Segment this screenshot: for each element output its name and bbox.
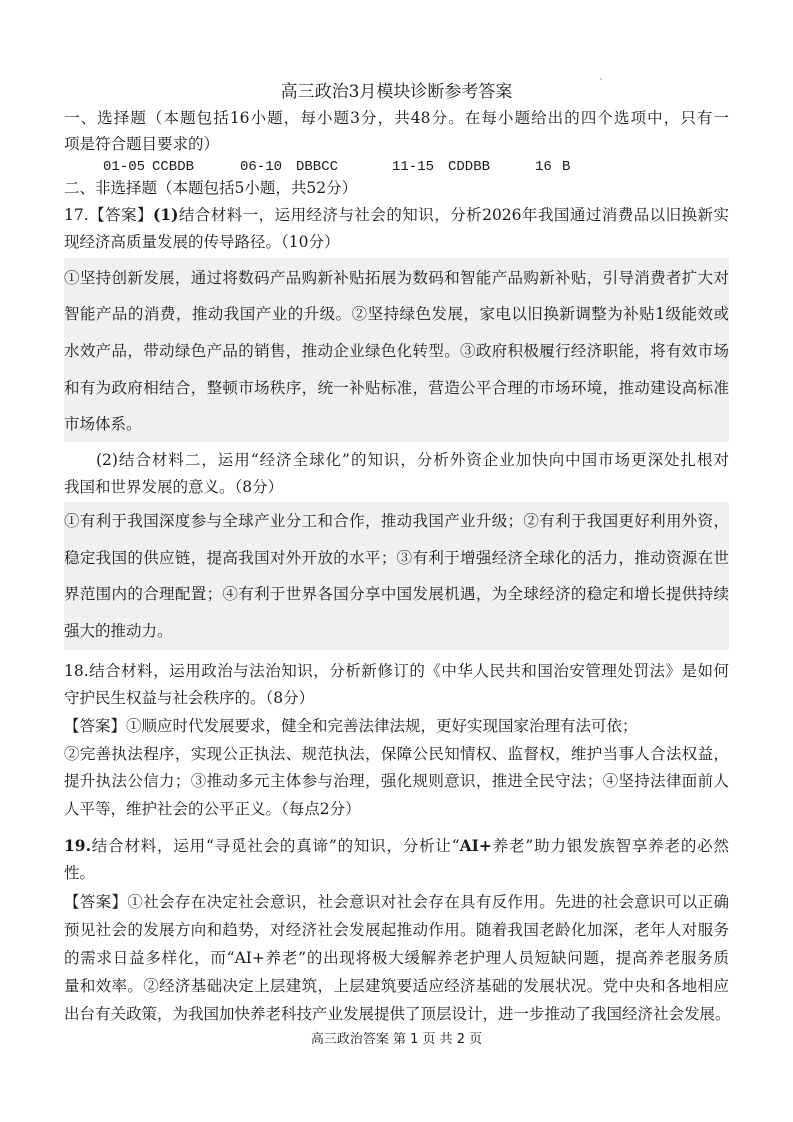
mc-answer-2: DBBCC (296, 159, 338, 175)
q17-part1-question-line1: 17.【答案】(1)结合材料一，运用经济与社会的知识，分析2026年我国通过消费… (64, 205, 729, 225)
mc-range-2: 06-10 (240, 159, 282, 175)
q17-part1-text: 结合材料一，运用经济与社会的知识，分析2026年我国通过消费品以旧换新实 (178, 206, 729, 224)
q17-answer1-line1: ①坚持创新发展，通过将数码产品购新补贴拓展为数码和智能产品购新补贴，引导消费者扩… (64, 268, 729, 288)
q18-answer-line1: 【答案】①顺应时代发展要求，健全和完善法律法规，更好实现国家治理有法可依； (64, 716, 729, 736)
q19-answer-line2: 预见社会的发展方向和趋势，对经济社会发展起推动作用。随着我国老龄化加深，老年人对… (64, 920, 729, 940)
q18-answer-line3: 提升执法公信力；③推动多元主体参与治理，强化规则意识，推进全民守法；④坚持法律面… (64, 771, 729, 791)
mc-answer-3: CDDBB (448, 159, 490, 175)
q19-answer-line4: 量和效率。②经济基础决定上层建筑，上层建筑要适应经济基础的发展状况。党中央和各地… (64, 976, 729, 996)
q17-prefix: 17.【答案】 (64, 206, 153, 224)
section1-heading-line2: 项是符合题目要求的） (64, 134, 729, 154)
q17-answer2-line2: 稳定我国的供应链，提高我国对外开放的水平；③有利于增强经济全球化的活力，推动资源… (64, 548, 729, 568)
section2-heading: 二、非选择题（本题包括5小题，共52分） (64, 178, 729, 198)
q17-answer1-line3: 水效产品，带动绿色产品的销售，推动企业绿色化转型。③政府积极履行经济职能，将有效… (64, 341, 729, 361)
q19-question-text-b: 养老”助力银发族智享养老的必然 (492, 837, 729, 855)
q18-question-line2: 守护民生权益与社会秩序的。（8分） (64, 688, 729, 708)
q19-answer-line1: 【答案】①社会存在决定社会意识，社会意识对社会存在具有反作用。先进的社会意识可以… (64, 892, 729, 912)
q18-answer-line4: 人平等，维护社会的公平正义。（每点2分） (64, 799, 729, 819)
q17-answer2-line3: 界范围内的合理配置；④有利于世界各国分享中国发展机遇，为全球经济的稳定和增长提供… (64, 584, 729, 604)
page-footer: 高三政治答案 第 1 页 共 2 页 (0, 1028, 793, 1047)
q17-answer2-line1: ①有利于我国深度参与全球产业分工和合作，推动我国产业升级；②有利于我国更好利用外… (64, 511, 729, 531)
q19-answer-line3: 的需求日益多样化，而“AI+养老”的出现将极大缓解养老护理人员短缺问题，提高养老… (64, 948, 729, 968)
mc-range-1: 01-05 (103, 159, 145, 175)
page-title: 高三政治3月模块诊断参考答案 (0, 77, 793, 102)
q19-number: 19. (64, 836, 91, 855)
q17-part1-label: (1) (153, 205, 178, 224)
q19-ai-plus: AI+ (460, 836, 492, 855)
q17-part1-question-line2: 现经济高质量发展的传导路径。（10分） (64, 232, 729, 252)
mc-range-3: 11-15 (392, 159, 434, 175)
answer-key-page: 高三政治3月模块诊断参考答案 一、选择题（本题包括16小题，每小题3分，共48分… (0, 0, 793, 1122)
q17-part2-question-line2: 我国和世界发展的意义。（8分） (64, 477, 729, 497)
q18-answer-line2: ②完善执法程序，实现公正执法、规范执法，保障公民知情权、监督权，维护当事人合法权… (64, 744, 729, 764)
q17-answer1-line4: 和有为政府相结合，整顿市场秩序，统一补贴标准，营造公平合理的市场环境，推动建设高… (64, 378, 729, 398)
q17-answer1-line2: 智能产品的消费，推动我国产业的升级。②坚持绿色发展，家电以旧换新调整为补贴1级能… (64, 304, 729, 324)
q19-question-line2: 性。 (64, 863, 729, 883)
q17-answer2-line4: 强大的推动力。 (64, 621, 729, 641)
q18-question-line1: 18.结合材料，运用政治与法治知识，分析新修订的《中华人民共和国治安管理处罚法》… (64, 661, 729, 681)
q19-question-text-a: 结合材料，运用“寻觅社会的真谛”的知识，分析让“ (91, 837, 460, 855)
q19-answer-line5: 出台有关政策，为我国加快养老科技产业发展提供了顶层设计，进一步推动了我国经济社会… (64, 1004, 729, 1024)
q17-part2-question-line1: (2)结合材料二，运用“经济全球化”的知识，分析外资企业加快向中国市场更深处扎根… (96, 450, 729, 470)
mc-answer-4: B (562, 159, 570, 175)
section1-heading-line1: 一、选择题（本题包括16小题，每小题3分，共48分。在每小题给出的四个选项中，只… (64, 108, 729, 128)
q17-answer1-line5: 市场体系。 (64, 414, 729, 434)
mc-answer-1: CCBDB (152, 159, 194, 175)
q19-question-line1: 19.结合材料，运用“寻觅社会的真谛”的知识，分析让“AI+养老”助力银发族智享… (64, 836, 729, 856)
mc-range-4: 16 (535, 159, 552, 175)
